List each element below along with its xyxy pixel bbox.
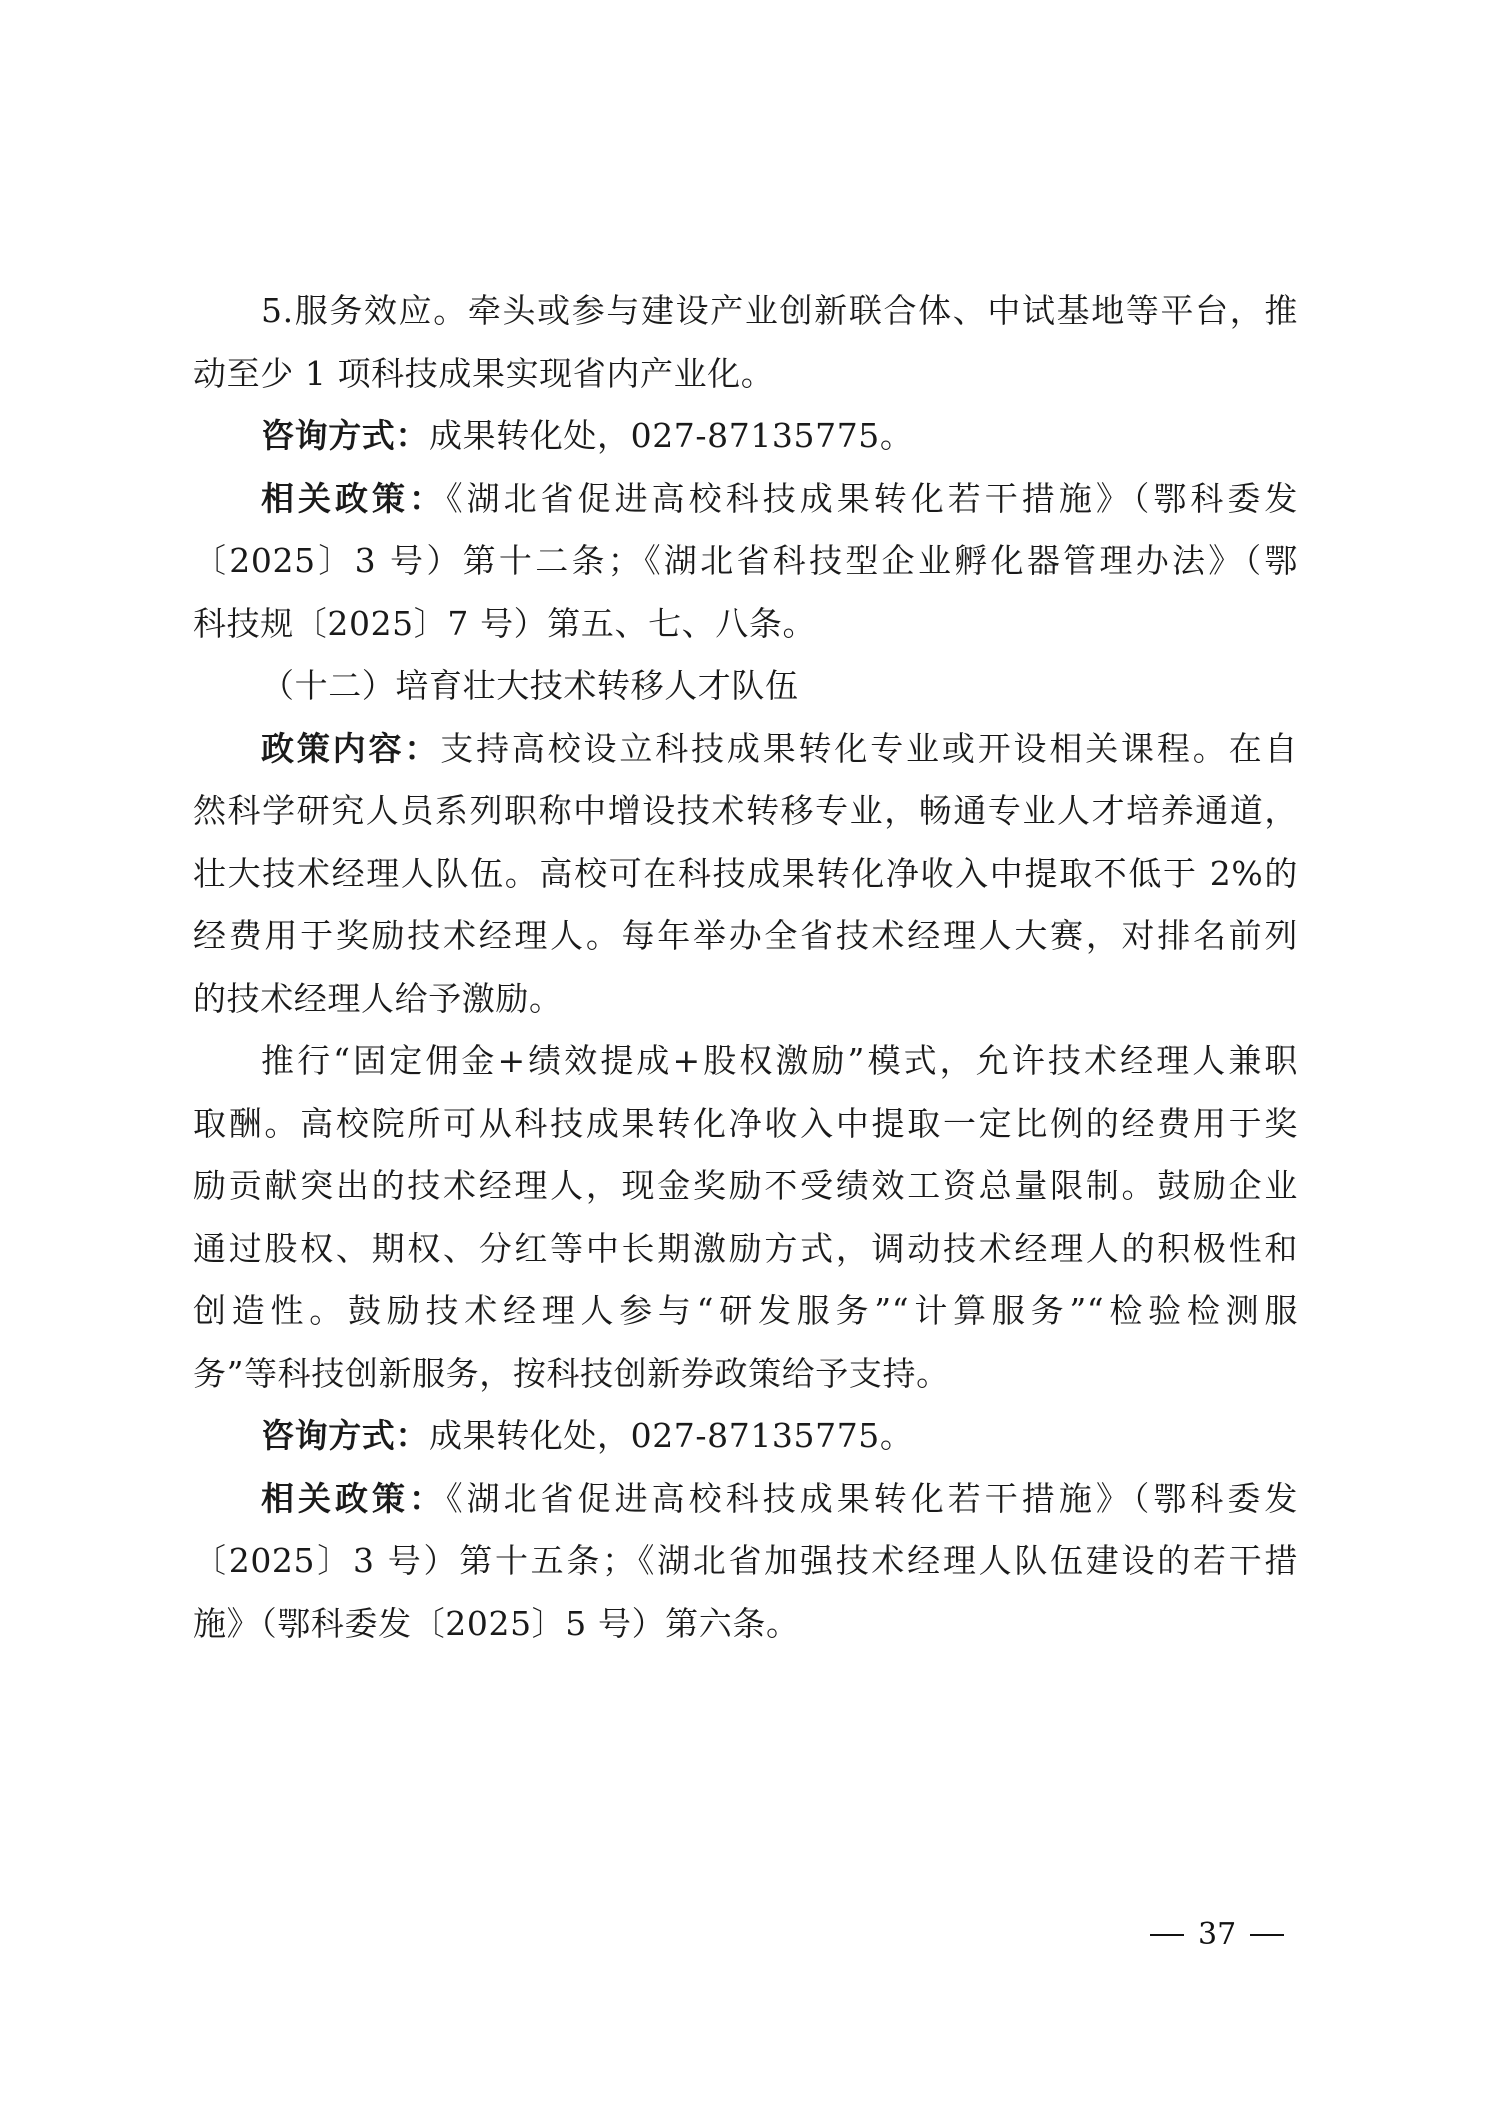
consult-label: 咨询方式： (261, 416, 429, 455)
content-label: 政策内容： (261, 729, 440, 768)
policy2-line-2: 〔2025〕3 号）第十五条；《湖北省加强技术经理人队伍建设的若干措 (193, 1530, 1298, 1593)
page-number-text: 37 (1198, 1917, 1236, 1952)
consult-contact-1: 咨询方式：成果转化处，027-87135775。 (193, 405, 1298, 468)
para2-line-1: 推行“固定佣金+绩效提成+股权激励”模式，允许技术经理人兼职 (193, 1030, 1298, 1093)
policy-text: 《湖北省促进高校科技成果转化若干措施》（鄂科委发 (446, 479, 1298, 518)
page-number: 37 (1150, 1917, 1284, 1952)
content-line-2: 然科学研究人员系列职称中增设技术转移专业，畅通专业人才培养通道， (193, 780, 1298, 843)
content-text: 支持高校设立科技成果转化专业或开设相关课程。在自 (440, 729, 1298, 768)
item5-line-2: 动至少 1 项科技成果实现省内产业化。 (193, 343, 1298, 406)
policy-label: 相关政策： (261, 1479, 446, 1518)
para2-line-6: 务”等科技创新服务，按科技创新券政策给予支持。 (193, 1343, 1298, 1406)
section-heading: （十二）培育壮大技术转移人才队伍 (193, 655, 1298, 718)
policy-text: 《湖北省促进高校科技成果转化若干措施》（鄂科委发 (446, 1479, 1298, 1518)
document-page: 5.服务效应。牵头或参与建设产业创新联合体、中试基地等平台，推 动至少 1 项科… (193, 280, 1298, 1655)
consult-contact-2: 咨询方式：成果转化处，027-87135775。 (193, 1405, 1298, 1468)
para2-line-2: 取酬。高校院所可从科技成果转化净收入中提取一定比例的经费用于奖 (193, 1093, 1298, 1156)
para2-line-4: 通过股权、期权、分红等中长期激励方式，调动技术经理人的积极性和 (193, 1218, 1298, 1281)
dash-right (1250, 1934, 1284, 1936)
policy2-line-3: 施》（鄂科委发〔2025〕5 号）第六条。 (193, 1593, 1298, 1656)
consult-text: 成果转化处，027-87135775。 (429, 416, 914, 455)
content-line-4: 经费用于奖励技术经理人。每年举办全省技术经理人大赛，对排名前列 (193, 905, 1298, 968)
consult-text: 成果转化处，027-87135775。 (429, 1416, 914, 1455)
consult-label: 咨询方式： (261, 1416, 429, 1455)
dash-left (1150, 1934, 1184, 1936)
para2-line-5: 创造性。鼓励技术经理人参与“研发服务”“计算服务”“检验检测服 (193, 1280, 1298, 1343)
policy1-line-2: 〔2025〕3 号）第十二条；《湖北省科技型企业孵化器管理办法》（鄂 (193, 530, 1298, 593)
related-policy-1: 相关政策：《湖北省促进高校科技成果转化若干措施》（鄂科委发 (193, 468, 1298, 531)
content-line-3: 壮大技术经理人队伍。高校可在科技成果转化净收入中提取不低于 2%的 (193, 843, 1298, 906)
related-policy-2: 相关政策：《湖北省促进高校科技成果转化若干措施》（鄂科委发 (193, 1468, 1298, 1531)
policy1-line-3: 科技规〔2025〕7 号）第五、七、八条。 (193, 593, 1298, 656)
item5-line-1: 5.服务效应。牵头或参与建设产业创新联合体、中试基地等平台，推 (193, 280, 1298, 343)
policy-content: 政策内容：支持高校设立科技成果转化专业或开设相关课程。在自 (193, 718, 1298, 781)
policy-label: 相关政策： (261, 479, 446, 518)
para2-line-3: 励贡献突出的技术经理人，现金奖励不受绩效工资总量限制。鼓励企业 (193, 1155, 1298, 1218)
content-line-5: 的技术经理人给予激励。 (193, 968, 1298, 1031)
